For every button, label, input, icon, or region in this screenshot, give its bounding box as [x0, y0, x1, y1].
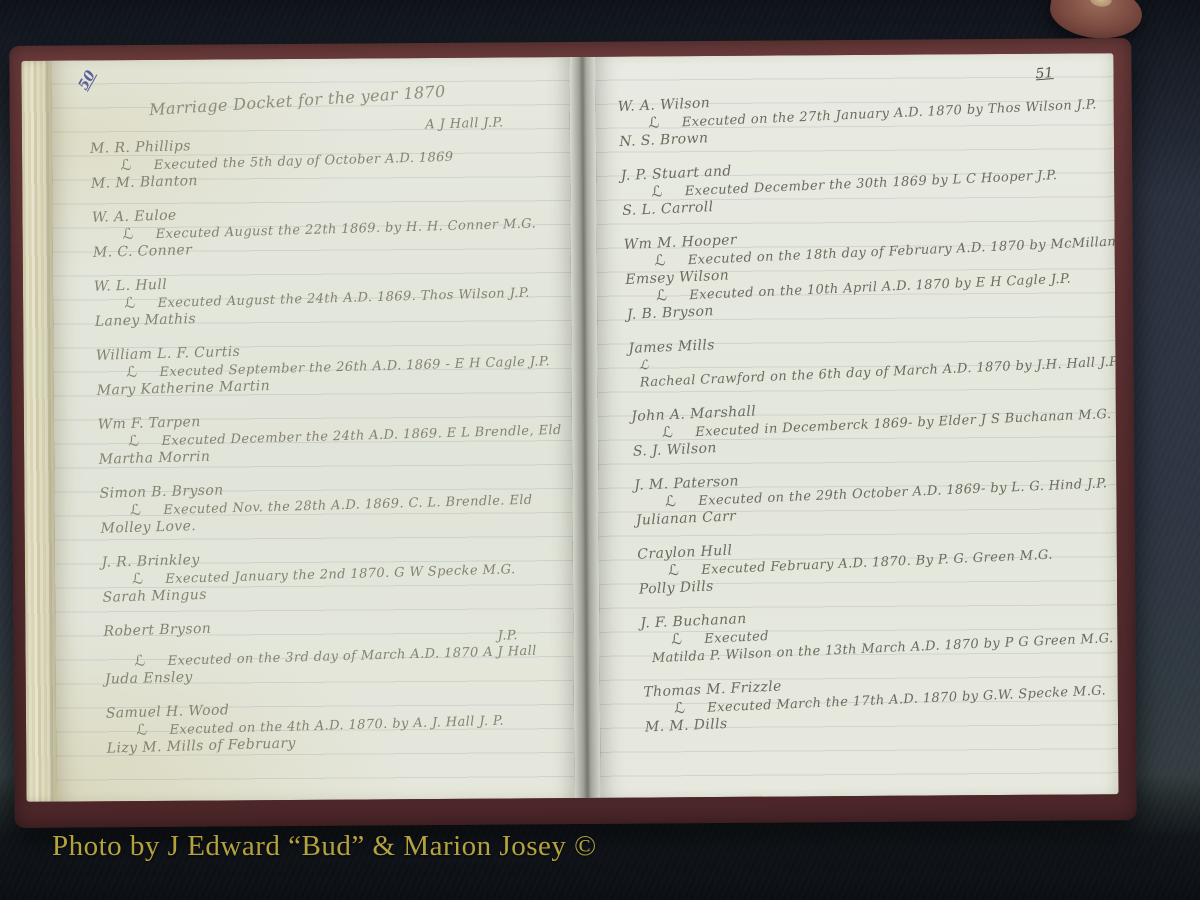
docket-entry: J. F. BuchananℒExecutedMatilda P. Wilson…	[640, 595, 1116, 668]
docket-entry: Robert BrysonJ.P.ℒExecuted on the 3rd da…	[103, 611, 565, 689]
docket-entry: Wm F. TarpenℒExecuted December the 24th …	[98, 404, 559, 469]
license-mark: ℒ	[648, 112, 682, 131]
docket-entry: A J Hall J.P.M. R. PhillipsℒExecuted the…	[89, 115, 551, 193]
right-page-handwriting: W. A. WilsonℒExecuted on the 27th Januar…	[582, 53, 1118, 802]
license-mark: ℒ	[656, 285, 690, 304]
license-mark: ℒ	[654, 250, 688, 269]
license-mark: ℒ	[136, 720, 170, 739]
license-mark: ℒ	[126, 362, 160, 381]
docket-entry: Simon B. BrysonℒExecuted Nov. the 28th A…	[99, 473, 560, 538]
left-page-handwriting: Marriage Docket for the year 1870 A J Ha…	[44, 53, 582, 802]
docket-entry: William L. F. CurtisℒExecuted September …	[96, 335, 557, 400]
docket-title: Marriage Docket for the year 1870	[149, 75, 549, 119]
docket-entry: James MillsℒRacheal Crawford on the 6th …	[628, 320, 1104, 392]
docket-entry: J. M. PatersonℒExecuted on the 29th Octo…	[634, 457, 1110, 530]
license-mark: ℒ	[671, 629, 705, 648]
left-page: 50 Marriage Docket for the year 1870 A J…	[51, 57, 574, 802]
marriage-docket-book: 50 Marriage Docket for the year 1870 A J…	[9, 38, 1136, 828]
license-mark: ℒ	[132, 569, 166, 588]
docket-entry: J. R. BrinkleyℒExecuted January the 2nd …	[101, 542, 562, 607]
license-mark: ℒ	[122, 224, 156, 243]
right-page: 51 W. A. WilsonℒExecuted on the 27th Jan…	[595, 53, 1118, 798]
docket-entry: J. P. Stuart andℒExecuted December the 3…	[621, 147, 1097, 220]
photo-caption: Photo by J Edward “Bud” & Marion Josey ©	[52, 830, 597, 863]
open-pages: 50 Marriage Docket for the year 1870 A J…	[21, 53, 1118, 802]
license-mark: ℒ	[134, 651, 168, 670]
left-page-entries: A J Hall J.P.M. R. PhillipsℒExecuted the…	[89, 115, 566, 758]
license-mark: ℒ	[674, 698, 708, 717]
docket-entry: W. A. EuloeℒExecuted August the 22th 186…	[92, 197, 553, 262]
license-mark: ℒ	[130, 500, 164, 519]
license-mark: ℒ	[651, 181, 685, 200]
license-mark: ℒ	[120, 155, 154, 174]
docket-entry: Craylon HullℒExecuted February A.D. 1870…	[637, 526, 1113, 599]
docket-entry: W. A. WilsonℒExecuted on the 27th Januar…	[617, 78, 1093, 151]
license-mark: ℒ	[124, 293, 158, 312]
license-mark: ℒ	[128, 431, 162, 450]
license-mark: ℒ	[665, 491, 699, 510]
license-mark: ℒ	[662, 422, 696, 441]
docket-entry: Wm M. HooperℒExecuted on the 18th day of…	[624, 216, 1101, 324]
docket-entry: Samuel H. WoodℒExecuted on the 4th A.D. …	[106, 693, 567, 758]
docket-entry: John A. MarshallℒExecuted in Decemberck …	[631, 388, 1107, 461]
fingernail	[1089, 0, 1113, 8]
right-page-entries: W. A. WilsonℒExecuted on the 27th Januar…	[617, 78, 1118, 736]
docket-entry: W. L. HullℒExecuted August the 24th A.D.…	[94, 266, 555, 331]
docket-entry: Thomas M. FrizzleℒExecuted March the 17t…	[643, 664, 1118, 737]
license-mark: ℒ	[668, 560, 702, 579]
